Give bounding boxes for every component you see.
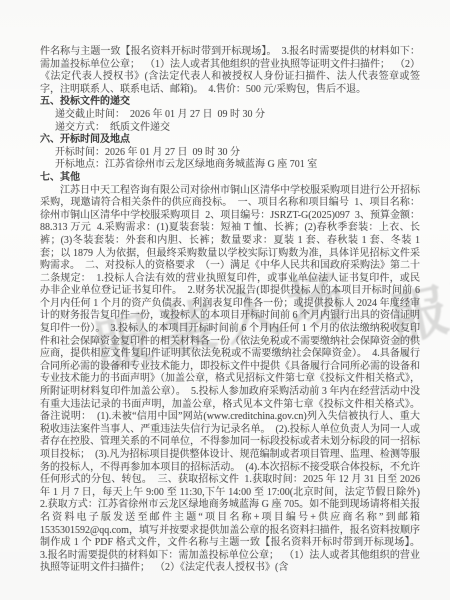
document-body: 件名称与主题一致【报名资料开标时带到开标现场】。 3.报名时需要提供的材料如下：… — [40, 46, 420, 575]
paragraph-continuation: 件名称与主题一致【报名资料开标时带到开标现场】。 3.报名时需要提供的材料如下：… — [40, 46, 420, 96]
submission-method-line: 递交方式： 纸质文件递交 — [40, 122, 420, 135]
section-7-heading: 七、其他 — [40, 172, 420, 185]
bid-opening-time-line: 开标时间：2026 年 01 月 27 日 09 时 30 分 — [40, 147, 420, 160]
bid-opening-location-line: 开标地点：江苏省徐州市云龙区绿地商务城蓝海 G 座 701 室 — [40, 159, 420, 172]
section-5-heading: 五、投标文件的递交 — [40, 96, 420, 109]
submission-deadline-line: 递交截止时间： 2026 年 01 月 27 日 09 时 30 分 — [40, 109, 420, 122]
section-7-body-paragraph: 江苏日中天工程咨询有限公司对徐州市铜山区清华中学校服采购项目进行公开招标采购，现… — [40, 185, 420, 575]
scanned-document-page: 服装入场 服装入场 件名称与主题一致【报名资料开标时带到开标现场】。 3.报名时… — [0, 0, 450, 600]
section-6-heading: 六、开标时间及地点 — [40, 134, 420, 147]
